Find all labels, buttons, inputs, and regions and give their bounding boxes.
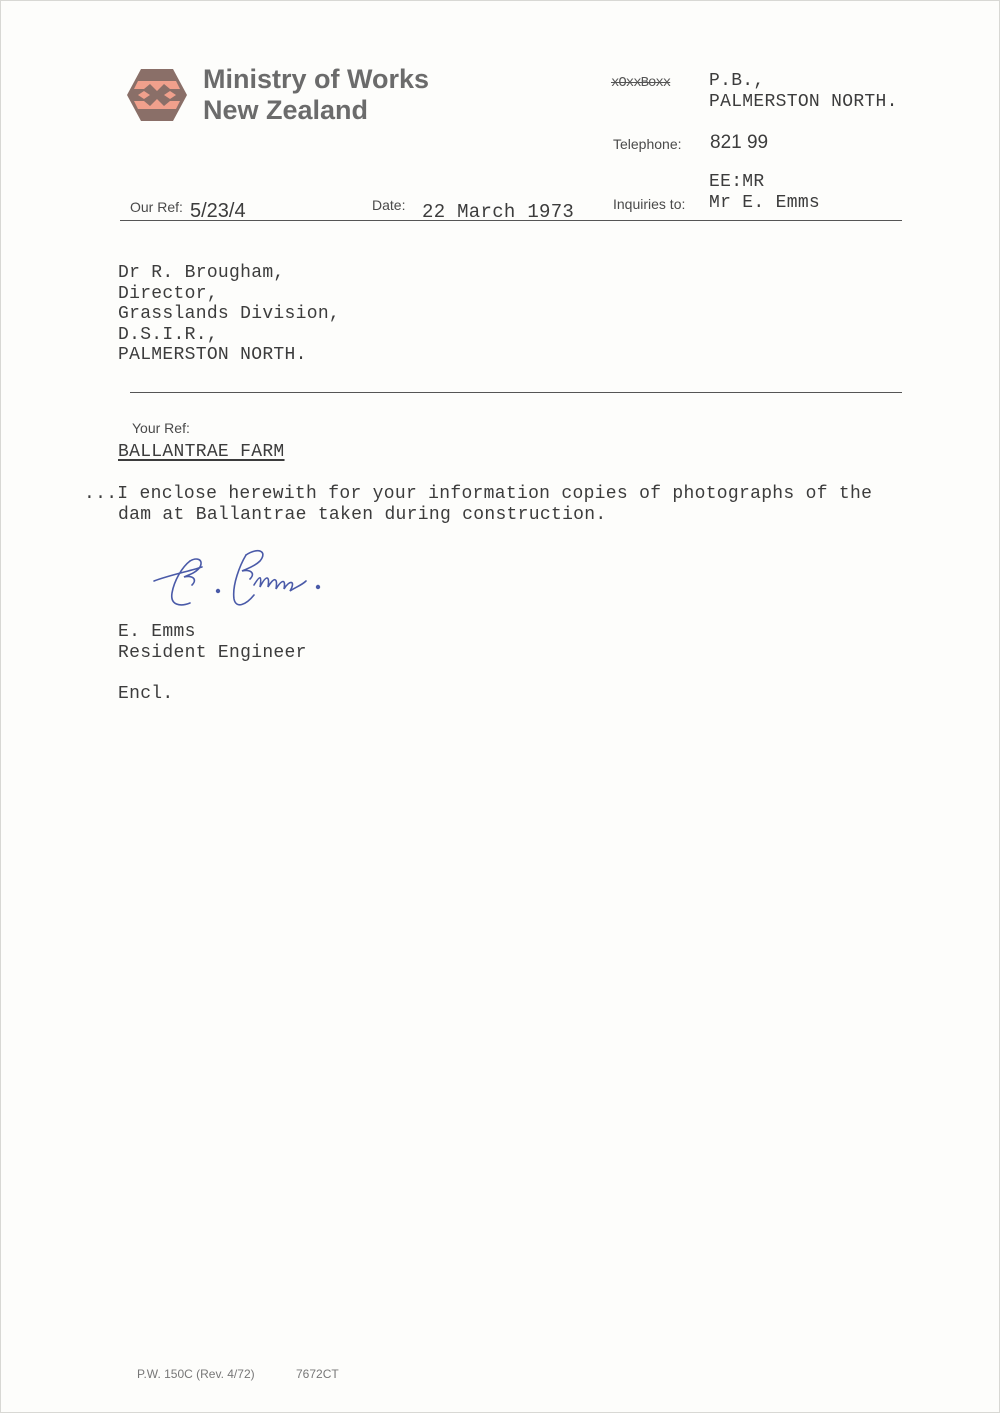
body-line2: dam at Ballantrae taken during construct… [118, 505, 606, 525]
reference-initials: EE:MR [709, 172, 765, 192]
enclosure-note: Encl. [118, 684, 174, 704]
recipient-line: Director, [118, 284, 340, 305]
telephone-value: 821 99 [710, 132, 768, 154]
inquiries-label: Inquiries to: [613, 196, 685, 212]
our-ref-label: Our Ref: [130, 199, 183, 215]
body-line1: ...I enclose herewith for your informati… [84, 484, 872, 504]
signatory-title: Resident Engineer [118, 643, 307, 663]
org-name-line2: New Zealand [203, 95, 368, 126]
recipient-line: D.S.I.R., [118, 325, 340, 346]
signatory-name: E. Emms [118, 622, 196, 642]
date-label: Date: [372, 197, 405, 213]
print-code: 7672CT [296, 1367, 339, 1381]
address-line1: P.B., [709, 71, 765, 91]
recipient-line: Grasslands Division, [118, 304, 340, 325]
handwritten-signature [150, 545, 410, 615]
form-code: P.W. 150C (Rev. 4/72) [137, 1367, 255, 1381]
telephone-label: Telephone: [613, 136, 682, 152]
recipient-line: PALMERSTON NORTH. [118, 345, 340, 366]
recipient-line: Dr R. Brougham, [118, 263, 340, 284]
recipient-rule [130, 392, 902, 393]
inquiries-value: Mr E. Emms [709, 193, 820, 213]
header-rule [120, 220, 902, 221]
struck-out-text: xOxxBoxx [611, 75, 670, 91]
org-name-line1: Ministry of Works [203, 64, 429, 95]
your-ref-label: Your Ref: [132, 420, 190, 436]
recipient-address: Dr R. Brougham, Director, Grasslands Div… [118, 263, 340, 366]
mow-hexagon-logo-icon [126, 67, 188, 123]
address-line2: PALMERSTON NORTH. [709, 92, 898, 112]
your-ref-value: BALLANTRAE FARM [118, 442, 285, 462]
